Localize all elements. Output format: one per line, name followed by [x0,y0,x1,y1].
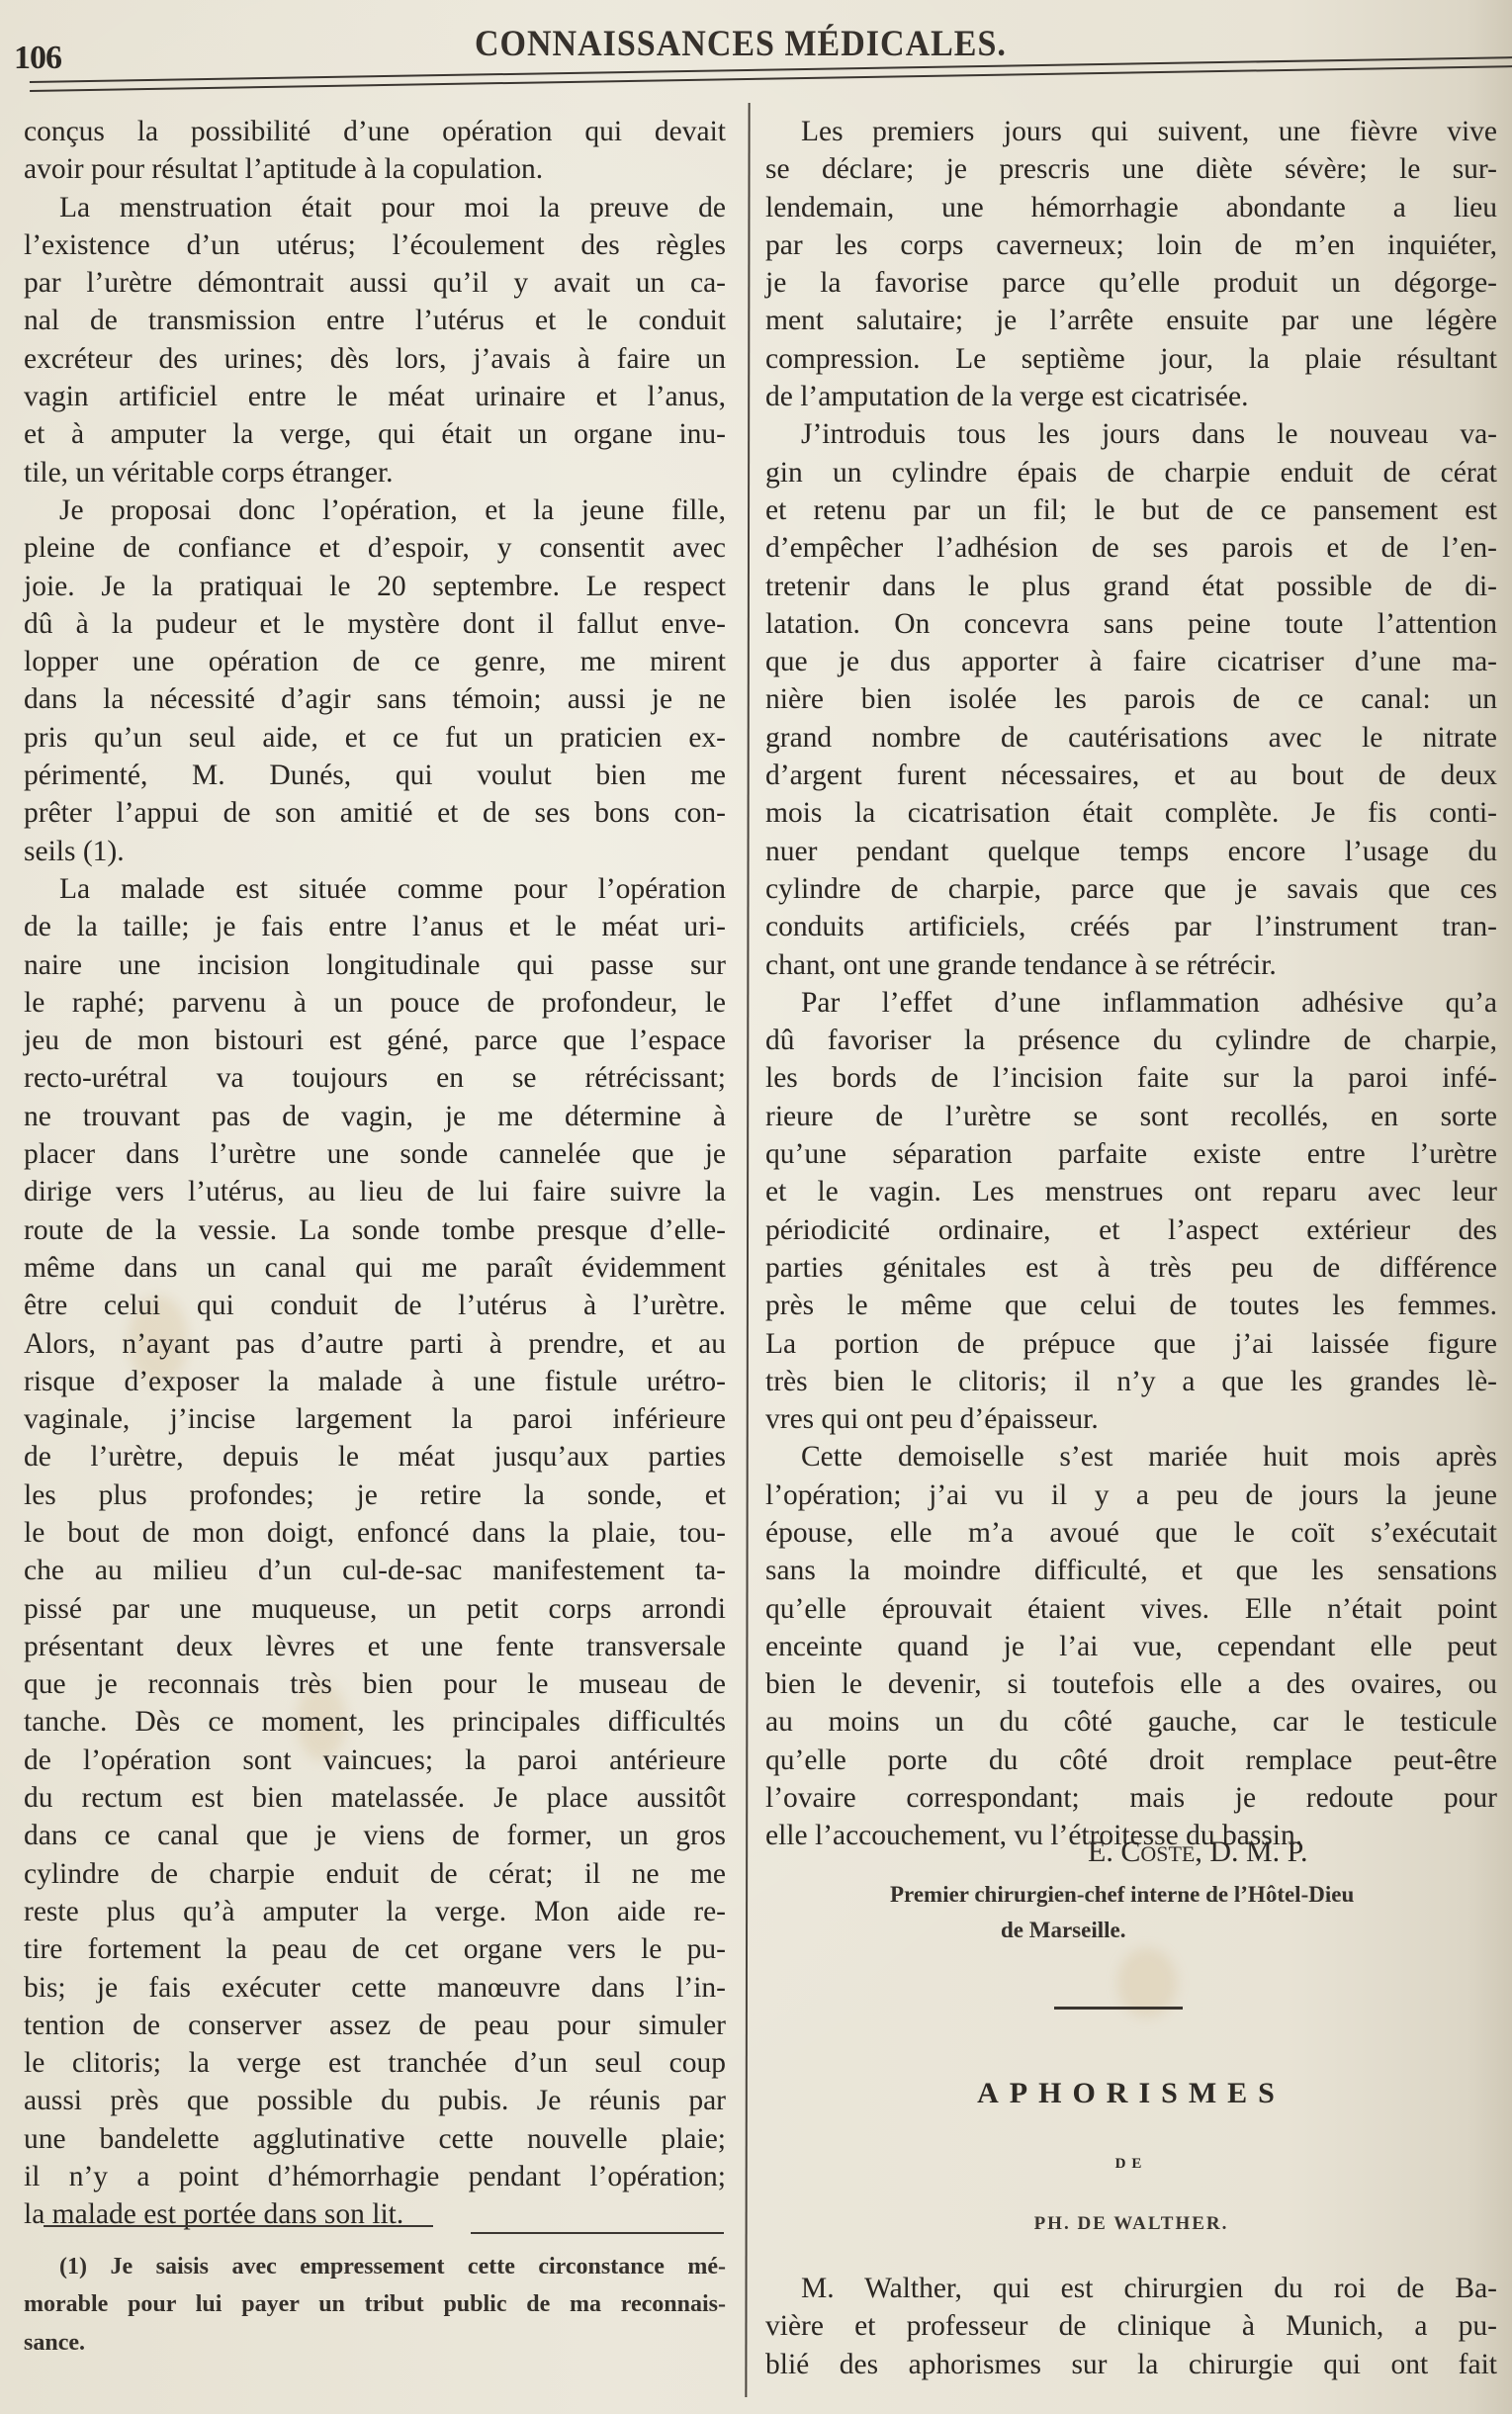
text-line: enceinte quand je l’ai vue, cependant el… [765,1628,1497,1665]
column-divider [745,103,750,2397]
text-line: conduits artificiels, créés par l’instru… [765,908,1497,945]
text-line: périodicité ordinaire, et l’aspect extér… [765,1211,1497,1249]
text-line: pleine de confiance et d’espoir, y conse… [24,529,726,567]
text-line: dans ce canal que je viens de former, un… [24,1817,726,1854]
text-line: La menstruation était pour moi la preuve… [24,189,726,226]
text-line: et à amputer la verge, qui était un orga… [24,415,726,453]
text-line: naire une incision longitudinale qui pas… [24,946,726,984]
text-line: risque d’exposer la malade à une fistule… [24,1363,726,1400]
text-line: chant, ont une grande tendance à se rétr… [765,946,1497,984]
affiliation-line-1: Premier chirurgien-chef interne de l’Hôt… [890,1882,1354,1907]
text-line: che au milieu d’un cul-de-sac manifestem… [24,1552,726,1589]
text-line: périmenté, M. Dunés, qui voulut bien me [24,757,726,794]
text-line: ment salutaire; je l’arrête ensuite par … [765,302,1497,339]
text-line: tretenir dans le plus grand état possibl… [765,568,1497,605]
text-line: et retenu par un fil; le but de ce panse… [765,492,1497,529]
text-line: nal de transmission entre l’utérus et le… [24,302,726,339]
text-line: mois la cicatrisation était complète. Je… [765,794,1497,832]
text-line: l’ovaire correspondant; mais je redoute … [765,1779,1497,1817]
text-line: présentant deux lèvres et une fente tran… [24,1628,726,1665]
text-line: Je proposai donc l’opération, et la jeun… [24,492,726,529]
text-line: être celui qui conduit de l’utérus à l’u… [24,1287,726,1324]
text-line: le clitoris; la verge est tranchée d’un … [24,2044,726,2082]
text-line: l’opération; j’ai vu il y a peu de jours… [765,1476,1497,1514]
left-column: conçus la possibilité d’une opération qu… [24,113,726,2234]
text-line: J’introduis tous les jours dans le nouve… [765,415,1497,453]
text-line: parties génitales est à très peu de diff… [765,1249,1497,1287]
text-line: vière et professeur de clinique à Munich… [765,2307,1497,2345]
text-line: de la taille; je fais entre l’anus et le… [24,908,726,945]
text-line: qu’une séparation parfaite existe entre … [765,1135,1497,1173]
text-line: grand nombre de cautérisations avec le n… [765,719,1497,757]
text-line: bis; je fais exécuter cette manœuvre dan… [24,1969,726,2007]
text-line: de l’opération sont vaincues; la paroi a… [24,1742,726,1779]
text-line: de l’urètre, depuis le méat jusqu’aux pa… [24,1438,726,1475]
text-line: Alors, n’ayant pas d’autre parti à prend… [24,1325,726,1363]
text-line: épouse, elle m’a avoué que le coït s’exé… [765,1514,1497,1552]
text-line: qu’elle porte du côté droit remplace peu… [765,1742,1497,1779]
text-line: sans la moindre difficulté, et que les s… [765,1552,1497,1589]
text-line: tile, un véritable corps étranger. [24,454,726,492]
text-line: vres qui ont peu d’épaisseur. [765,1400,1497,1438]
text-line: et le vagin. Les menstrues ont reparu av… [765,1173,1497,1210]
right-column: Les premiers jours qui suivent, une fièv… [765,113,1497,1855]
text-line: morable pour lui payer un tribut public … [24,2287,726,2325]
text-line: joie. Je la pratiquai le 20 septembre. L… [24,568,726,605]
text-line: recto-urétral va toujours en se rétrécis… [24,1059,726,1097]
text-line: compression. Le septième jour, la plaie … [765,340,1497,378]
section-title: APHORISMES [765,2077,1497,2110]
text-line: excréteur des urines; dès lors, j’avais … [24,340,726,378]
text-line: M. Walther, qui est chirurgien du roi de… [765,2270,1497,2307]
text-line: rieure de l’urètre se sont recollés, en … [765,1098,1497,1135]
text-line: route de la vessie. La sonde tombe presq… [24,1211,726,1249]
text-line: seils (1). [24,833,726,870]
text-line: (1) Je saisis avec empressement cette ci… [24,2250,726,2287]
text-line: par les corps caverneux; loin de m’en in… [765,226,1497,264]
text-line: même dans un canal qui me paraît évidemm… [24,1249,726,1287]
running-head: CONNAISSANCES MÉDICALES. [475,24,1007,65]
text-line: la malade est portée dans son lit. [24,2195,726,2233]
text-line: sance. [24,2326,726,2364]
section-intro-paragraph: M. Walther, qui est chirurgien du roi de… [765,2270,1497,2383]
text-line: Les premiers jours qui suivent, une fièv… [765,113,1497,150]
text-line: les plus profondes; je retire la sonde, … [24,1476,726,1514]
text-line: vagin artificiel entre le méat urinaire … [24,378,726,415]
text-line: placer dans l’urètre une sonde cannelée … [24,1135,726,1173]
text-line: une bandelette agglutinative cette nouve… [24,2120,726,2158]
text-line: avoir pour résultat l’aptitude à la copu… [24,150,726,188]
text-line: jeu de mon bistouri est géné, parce que … [24,1022,726,1059]
text-line: La malade est située comme pour l’opérat… [24,870,726,908]
text-line: reste plus qu’à amputer la verge. Mon ai… [24,1893,726,1930]
text-line: Par l’effet d’une inflammation adhésive … [765,984,1497,1022]
text-line: gin un cylindre épais de charpie enduit … [765,454,1497,492]
text-line: conçus la possibilité d’une opération qu… [24,113,726,150]
text-line: l’existence d’un utérus; l’écoulement de… [24,226,726,264]
text-line: tention de conserver assez de peau pour … [24,2007,726,2044]
signature-degree: , D. M. P. [1195,1835,1307,1868]
text-line: dû à la pudeur et le mystère dont il fal… [24,605,726,643]
footnote: (1) Je saisis avec empressement cette ci… [24,2250,726,2364]
text-line: pissé par une muqueuse, un petit corps a… [24,1590,726,1628]
text-line: de l’amputation de la verge est cicatris… [765,378,1497,415]
page-number: 106 [14,40,61,77]
text-line: nière bien isolée les parois de ce canal… [765,680,1497,718]
text-line: très bien le clitoris; il n’y a que les … [765,1363,1497,1400]
text-line: blié des aphorismes sur la chirurgie qui… [765,2346,1497,2383]
text-line: dû favoriser la présence du cylindre de … [765,1022,1497,1059]
text-line: cylindre de charpie enduit de cérat; il … [24,1855,726,1893]
text-line: je la favorise parce qu’elle produit un … [765,264,1497,302]
text-line: nuer pendant quelque temps encore l’usag… [765,833,1497,870]
signature-surname: OSTE [1140,1841,1195,1866]
text-line: que je reconnais très bien pour le musea… [24,1665,726,1703]
text-line: les bords de l’incision faite sur la par… [765,1059,1497,1097]
text-line: d’argent furent nécessaires, et au bout … [765,757,1497,794]
text-line: tire fortement la peau de cet organe ver… [24,1930,726,1968]
text-line: aussi près que possible du pubis. Je réu… [24,2082,726,2119]
footnote-rule [44,2225,433,2227]
section-separator-rule [1054,2007,1183,2010]
text-line: le bout de mon doigt, enfoncé dans la pl… [24,1514,726,1552]
text-line: du rectum est bien matelassée. Je place … [24,1779,726,1817]
text-line: dans la nécessité d’agir sans témoin; au… [24,680,726,718]
text-line: il n’y a point d’hémorrhagie pendant l’o… [24,2158,726,2195]
text-line: vaginale, j’incise largement la paroi in… [24,1400,726,1438]
text-line: tanche. Dès ce moment, les principales d… [24,1703,726,1741]
affiliation-line-2: de Marseille. [890,1913,1503,1948]
text-line: au moins un du côté gauche, car le testi… [765,1703,1497,1741]
text-line: le raphé; parvenu à un pouce de profonde… [24,984,726,1022]
text-line: ne trouvant pas de vagin, je me détermin… [24,1098,726,1135]
footnote-rule [471,2232,724,2234]
text-line: dirige vers l’utérus, au lieu de lui fai… [24,1173,726,1210]
text-line: bien le devenir, si toutefois elle a des… [765,1665,1497,1703]
text-line: se déclare; je prescris une diète sévère… [765,150,1497,188]
text-line: d’empêcher l’adhésion de ses parois et d… [765,529,1497,567]
signature-initial: E. C [1088,1835,1140,1868]
text-line: près le même que celui de toutes les fem… [765,1287,1497,1324]
text-line: cylindre de charpie, parce que je savais… [765,870,1497,908]
text-line: Cette demoiselle s’est mariée huit mois … [765,1438,1497,1475]
text-line: La portion de prépuce que j’ai laissée f… [765,1325,1497,1363]
section-connector: DE [765,2156,1497,2173]
section-author: PH. DE WALTHER. [765,2213,1497,2235]
text-line: prêter l’appui de son amitié et de ses b… [24,794,726,832]
journal-page: 106 CONNAISSANCES MÉDICALES. conçus la p… [0,0,1512,2414]
author-signature: E. COSTE, D. M. P. [1088,1835,1308,1869]
text-line: latation. On concevra sans peine toute l… [765,605,1497,643]
author-affiliation: Premier chirurgien-chef interne de l’Hôt… [890,1877,1503,1948]
text-line: qu’elle éprouvait étaient vives. Elle n’… [765,1590,1497,1628]
text-line: lopper une opération de ce genre, me mir… [24,643,726,680]
text-line: que je dus apporter à faire cicatriser d… [765,643,1497,680]
text-line: pris qu’un seul aide, et ce fut un prati… [24,719,726,757]
text-line: par l’urètre démontrait aussi qu’il y av… [24,264,726,302]
text-line: lendemain, une hémorrhagie abondante a l… [765,189,1497,226]
